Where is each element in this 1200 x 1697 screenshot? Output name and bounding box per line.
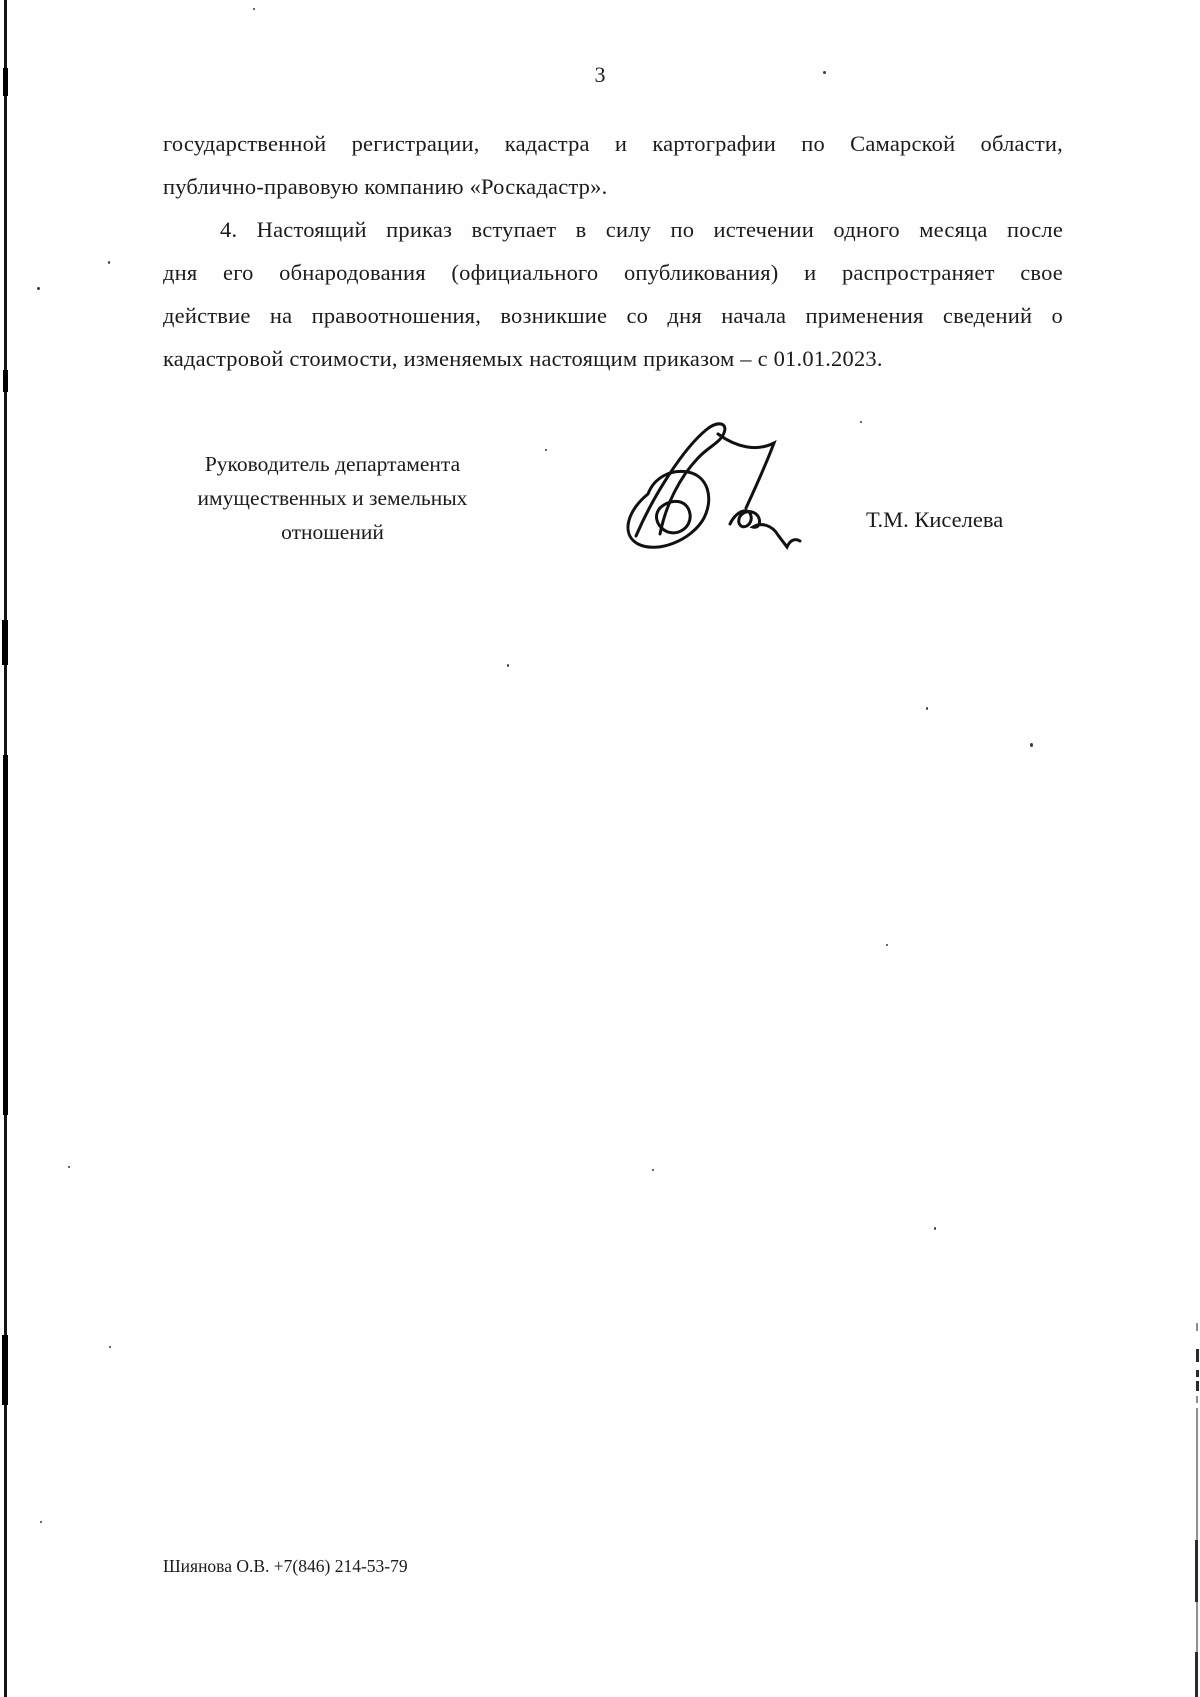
scan-speck	[926, 707, 928, 710]
paragraph-line: 4. Настоящий приказ вступает в силу по и…	[163, 208, 1063, 251]
scan-speck	[934, 1227, 936, 1230]
signatory-job-title: Руководитель департамента имущественных …	[160, 447, 505, 549]
scan-edge-dash-right	[1196, 1349, 1199, 1362]
document-body-text: государственной регистрации, кадастра и …	[163, 122, 1063, 380]
scan-speck	[253, 8, 255, 10]
paragraph-line: действие на правоотношения, возникшие со…	[163, 294, 1063, 337]
scan-edge-dash-right	[1196, 1381, 1199, 1391]
scan-edge-dash-right	[1196, 1370, 1199, 1377]
scan-edge-blob	[3, 370, 8, 392]
job-title-line: имущественных и земельных	[160, 481, 505, 515]
scan-speck	[108, 261, 110, 264]
scan-speck	[68, 1166, 70, 1168]
paragraph-line: государственной регистрации, кадастра и …	[163, 122, 1063, 165]
scan-edge-line-right	[1195, 1652, 1198, 1697]
scan-edge-blob	[2, 620, 8, 665]
scan-speck	[109, 1346, 111, 1348]
scan-edge-dash-right	[1196, 1323, 1198, 1331]
scan-speck	[37, 287, 40, 290]
scan-speck	[886, 944, 888, 946]
handwritten-signature-icon	[612, 414, 812, 554]
scan-speck	[545, 449, 547, 451]
scan-speck	[652, 1169, 654, 1171]
page-number: 3	[0, 62, 1200, 88]
scan-speck	[40, 1521, 42, 1523]
scan-edge-blob	[2, 1335, 8, 1405]
scan-speck	[1030, 743, 1033, 747]
job-title-line: отношений	[160, 515, 505, 549]
signatory-name: Т.М. Киселева	[866, 507, 1003, 533]
scan-edge-blob	[3, 755, 8, 1115]
scanned-document-page: 3 государственной регистрации, кадастра …	[0, 0, 1200, 1697]
scan-speck	[860, 421, 862, 423]
paragraph-line: дня его обнародования (официального опуб…	[163, 251, 1063, 294]
scan-speck	[507, 664, 509, 667]
paragraph-line: кадастровой стоимости, изменяемых настоя…	[163, 337, 1063, 380]
scan-edge-line-right	[1195, 1540, 1198, 1602]
paragraph-line: публично-правовую компанию «Роскадастр».	[163, 165, 1063, 208]
job-title-line: Руководитель департамента	[160, 447, 505, 481]
footer-contact: Шиянова О.В. +7(846) 214-53-79	[163, 1556, 408, 1577]
scan-edge-dash-right	[1196, 1396, 1198, 1403]
